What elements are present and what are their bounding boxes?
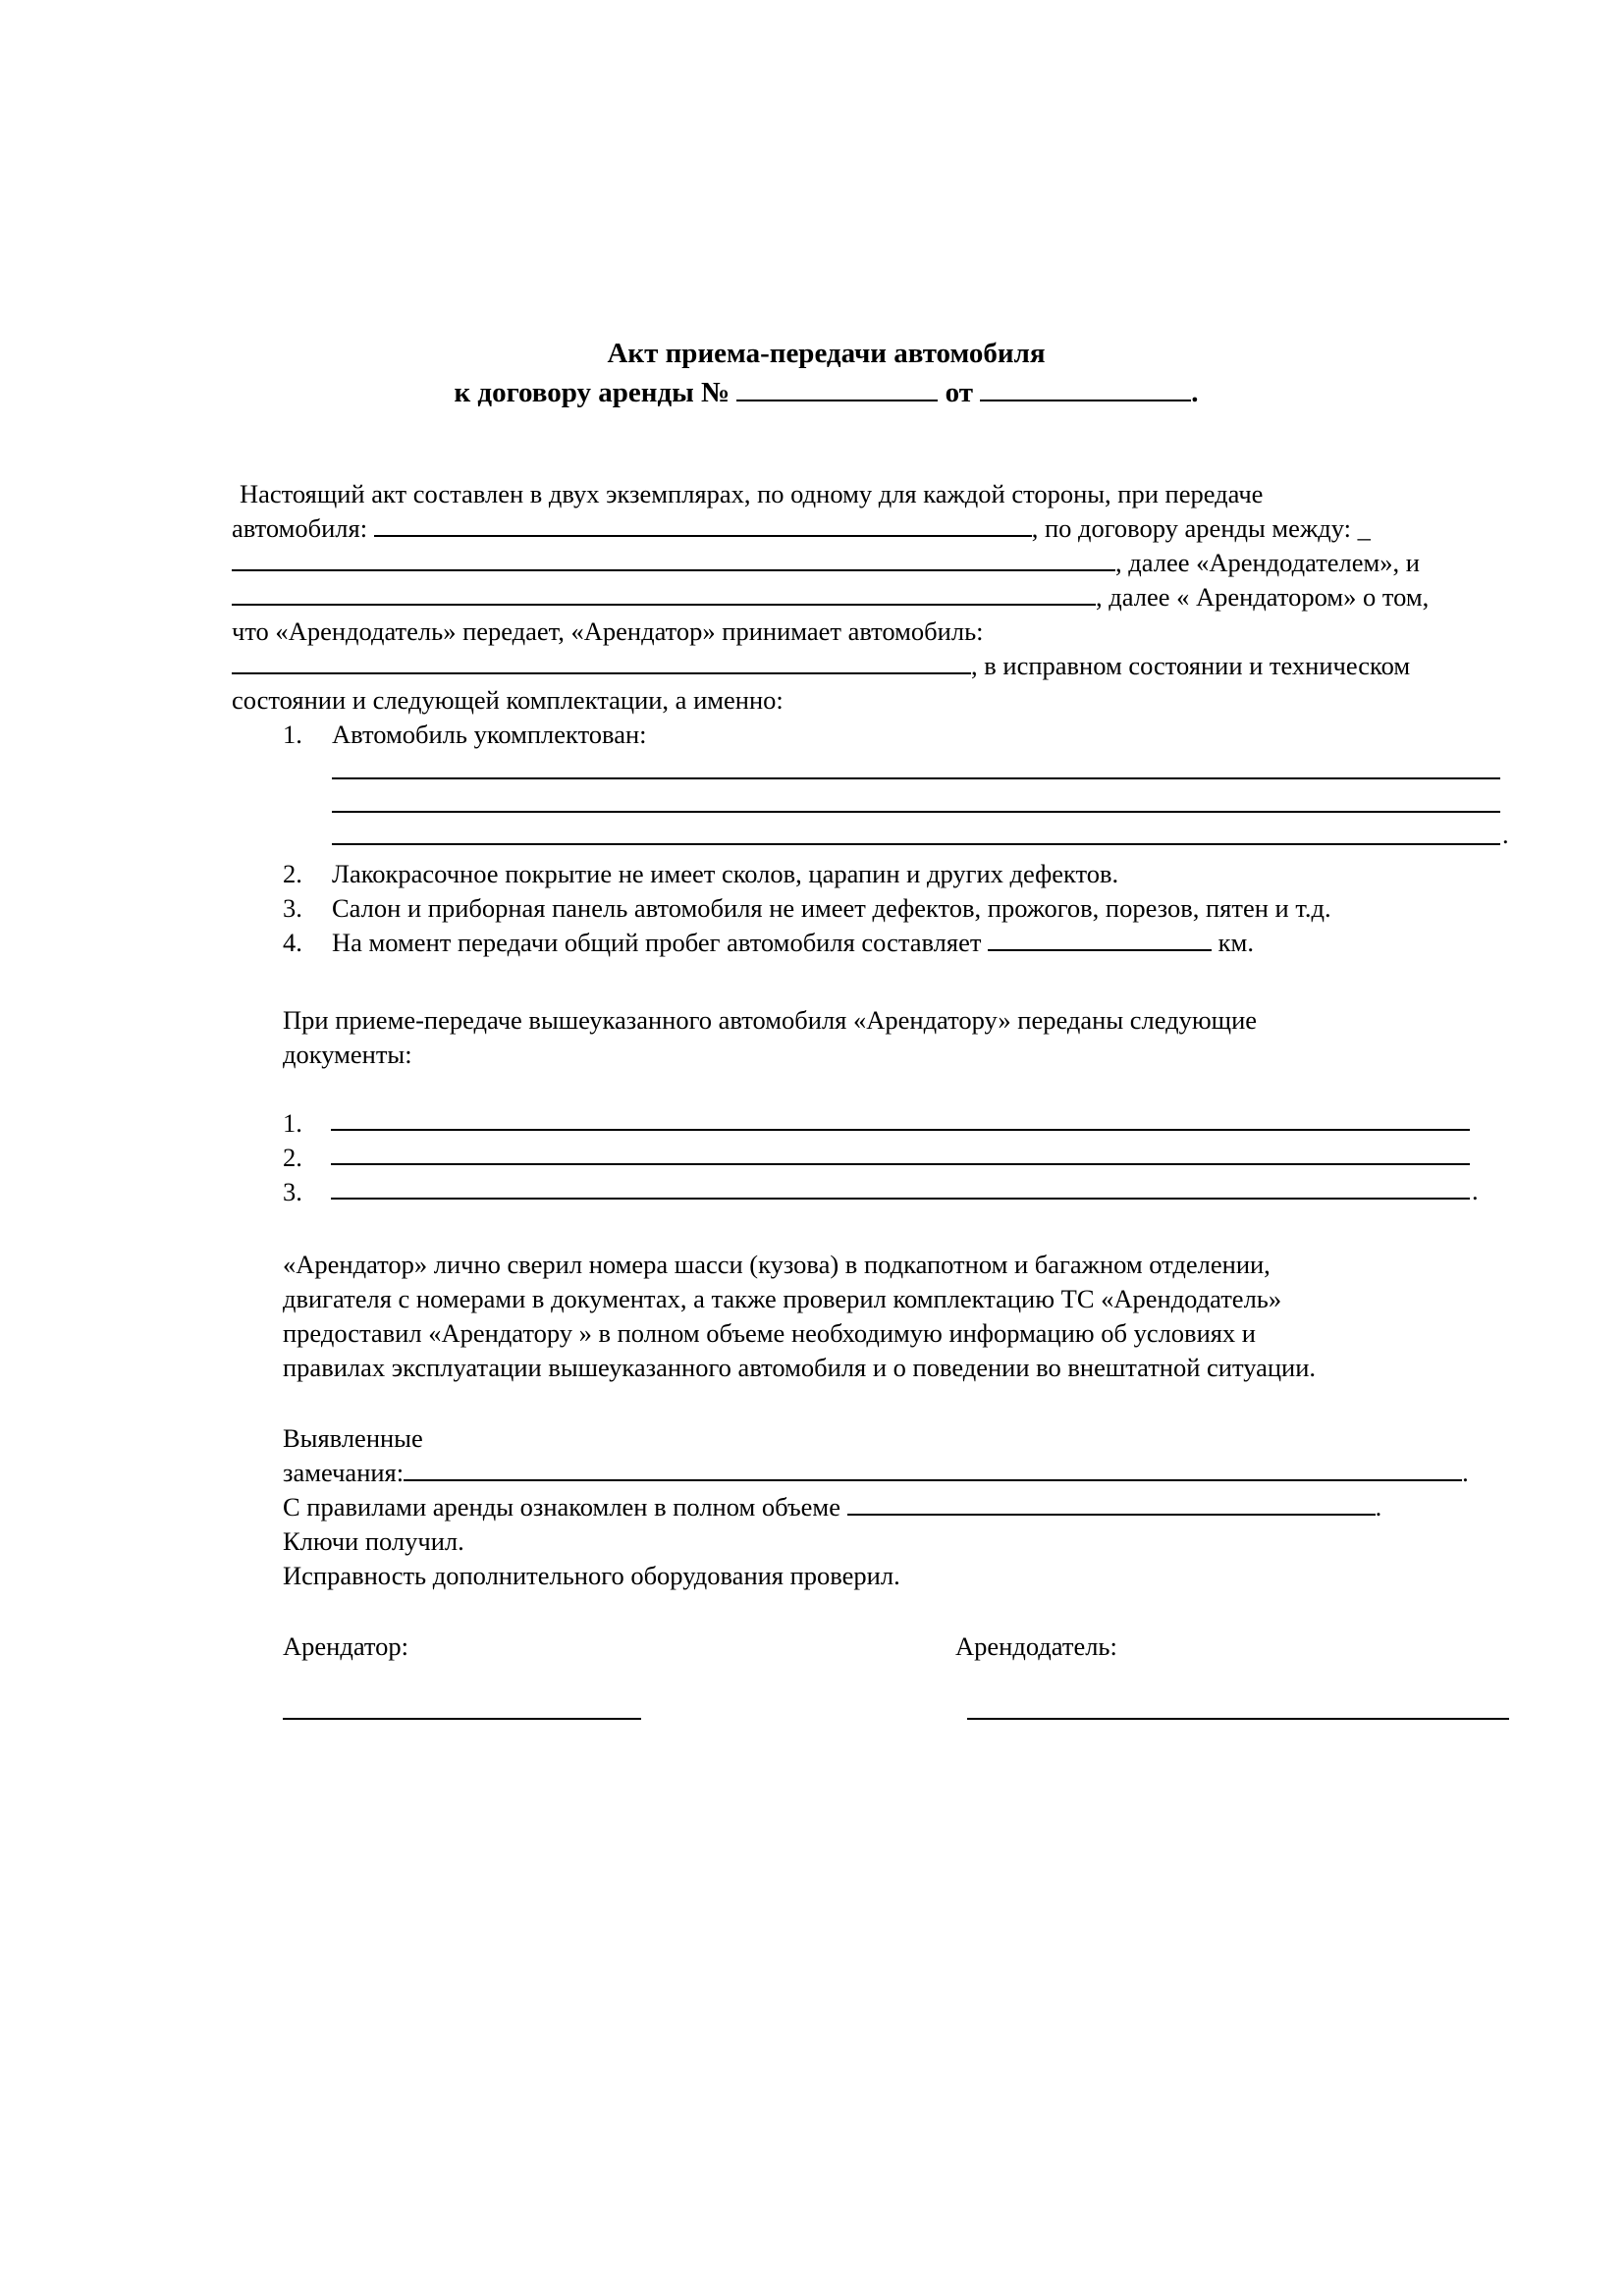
verification-line-4: правилах эксплуатации вышеуказанного авт… [283, 1351, 1316, 1385]
subtitle-period: . [1191, 377, 1198, 408]
equipment-checked: Исправность дополнительного оборудования… [283, 1559, 900, 1593]
landlord-signature-line[interactable] [967, 1718, 1509, 1720]
document-page: Акт приема-передачи автомобиля к договор… [0, 0, 1623, 2296]
condition-num-2: 2. [283, 857, 302, 891]
condition-text-4: На момент передачи общий пробег автомоби… [332, 926, 1254, 960]
intro-line-3: , далее «Арендодателем», и [232, 546, 1420, 580]
rules-label: С правилами аренды ознакомлен в полном о… [283, 1492, 840, 1522]
intro-line-4: , далее « Арендатором» о том, [232, 580, 1429, 614]
intro-contract-between: , по договору аренды между: _ [1032, 513, 1371, 543]
intro-line-6: , в исправном состоянии и техническом [232, 649, 1410, 683]
car-details-field[interactable] [232, 651, 971, 674]
intro-landlord-text: , далее «Арендодателем», и [1115, 548, 1420, 577]
condition-num-4: 4. [283, 926, 302, 960]
document-num-1: 1. [283, 1106, 302, 1141]
subtitle-from: от [946, 377, 973, 408]
intro-line-2: автомобиля: , по договору аренды между: … [232, 511, 1371, 546]
landlord-name-field[interactable] [232, 548, 1115, 571]
mileage-unit: км. [1218, 928, 1254, 957]
tenant-label: Арендатор: [283, 1629, 408, 1664]
tenant-name-field[interactable] [232, 582, 1096, 606]
remarks-period: . [1462, 1458, 1469, 1487]
tenant-signature-line[interactable] [283, 1718, 641, 1720]
mileage-field[interactable] [988, 928, 1212, 951]
condition-text-1: Автомобиль укомплектован: [332, 718, 647, 752]
document-line-2[interactable] [331, 1163, 1470, 1165]
document-num-3: 3. [283, 1175, 302, 1209]
intro-line-5: что «Арендодатель» передает, «Арендатор»… [232, 614, 984, 649]
condition-text-2: Лакокрасочное покрытие не имеет сколов, … [332, 857, 1118, 891]
car-field[interactable] [374, 513, 1032, 537]
condition-num-3: 3. [283, 891, 302, 926]
document-title: Акт приема-передачи автомобиля [0, 334, 1623, 373]
document-line-1[interactable] [331, 1129, 1470, 1131]
condition-text-3: Салон и приборная панель автомобиля не и… [332, 891, 1331, 926]
documents-intro-1: При приеме-передаче вышеуказанного автом… [283, 1003, 1257, 1038]
rules-line: С правилами аренды ознакомлен в полном о… [283, 1490, 1381, 1524]
subtitle-prefix: к договору аренды № [454, 377, 730, 408]
rules-period: . [1376, 1492, 1382, 1522]
mileage-label: На момент передачи общий пробег автомоби… [332, 928, 981, 957]
equipment-line-1[interactable] [332, 777, 1500, 779]
intro-tenant-text: , далее « Арендатором» о том, [1096, 582, 1429, 612]
remarks-label-2: замечания: [283, 1458, 404, 1487]
equipment-period: . [1502, 818, 1509, 852]
contract-date-field[interactable] [980, 378, 1191, 401]
document-line-3[interactable] [331, 1198, 1470, 1200]
landlord-label: Арендодатель: [955, 1629, 1117, 1664]
condition-num-1: 1. [283, 718, 302, 752]
keys-received: Ключи получил. [283, 1524, 464, 1559]
documents-period: . [1472, 1174, 1479, 1208]
equipment-line-3[interactable] [332, 843, 1500, 845]
intro-condition-text: , в исправном состоянии и техническом [971, 651, 1410, 680]
contract-number-field[interactable] [736, 378, 938, 401]
remarks-line: замечания:. [283, 1456, 1469, 1490]
documents-intro-2: документы: [283, 1038, 412, 1072]
intro-line-7: состоянии и следующей комплектации, а им… [232, 683, 784, 718]
intro-car-label: автомобиля: [232, 513, 367, 543]
verification-line-3: предоставил «Арендатору » в полном объем… [283, 1316, 1256, 1351]
verification-line-1: «Арендатор» лично сверил номера шасси (к… [283, 1248, 1271, 1282]
verification-line-2: двигателя с номерами в документах, а так… [283, 1282, 1281, 1316]
remarks-label-1: Выявленные [283, 1421, 423, 1456]
rules-signature-field[interactable] [847, 1492, 1376, 1516]
equipment-line-2[interactable] [332, 811, 1500, 813]
remarks-field[interactable] [404, 1458, 1462, 1481]
intro-line-1: Настоящий акт составлен в двух экземпляр… [240, 477, 1263, 511]
document-subtitle: к договору аренды № от . [0, 373, 1623, 412]
document-num-2: 2. [283, 1141, 302, 1175]
